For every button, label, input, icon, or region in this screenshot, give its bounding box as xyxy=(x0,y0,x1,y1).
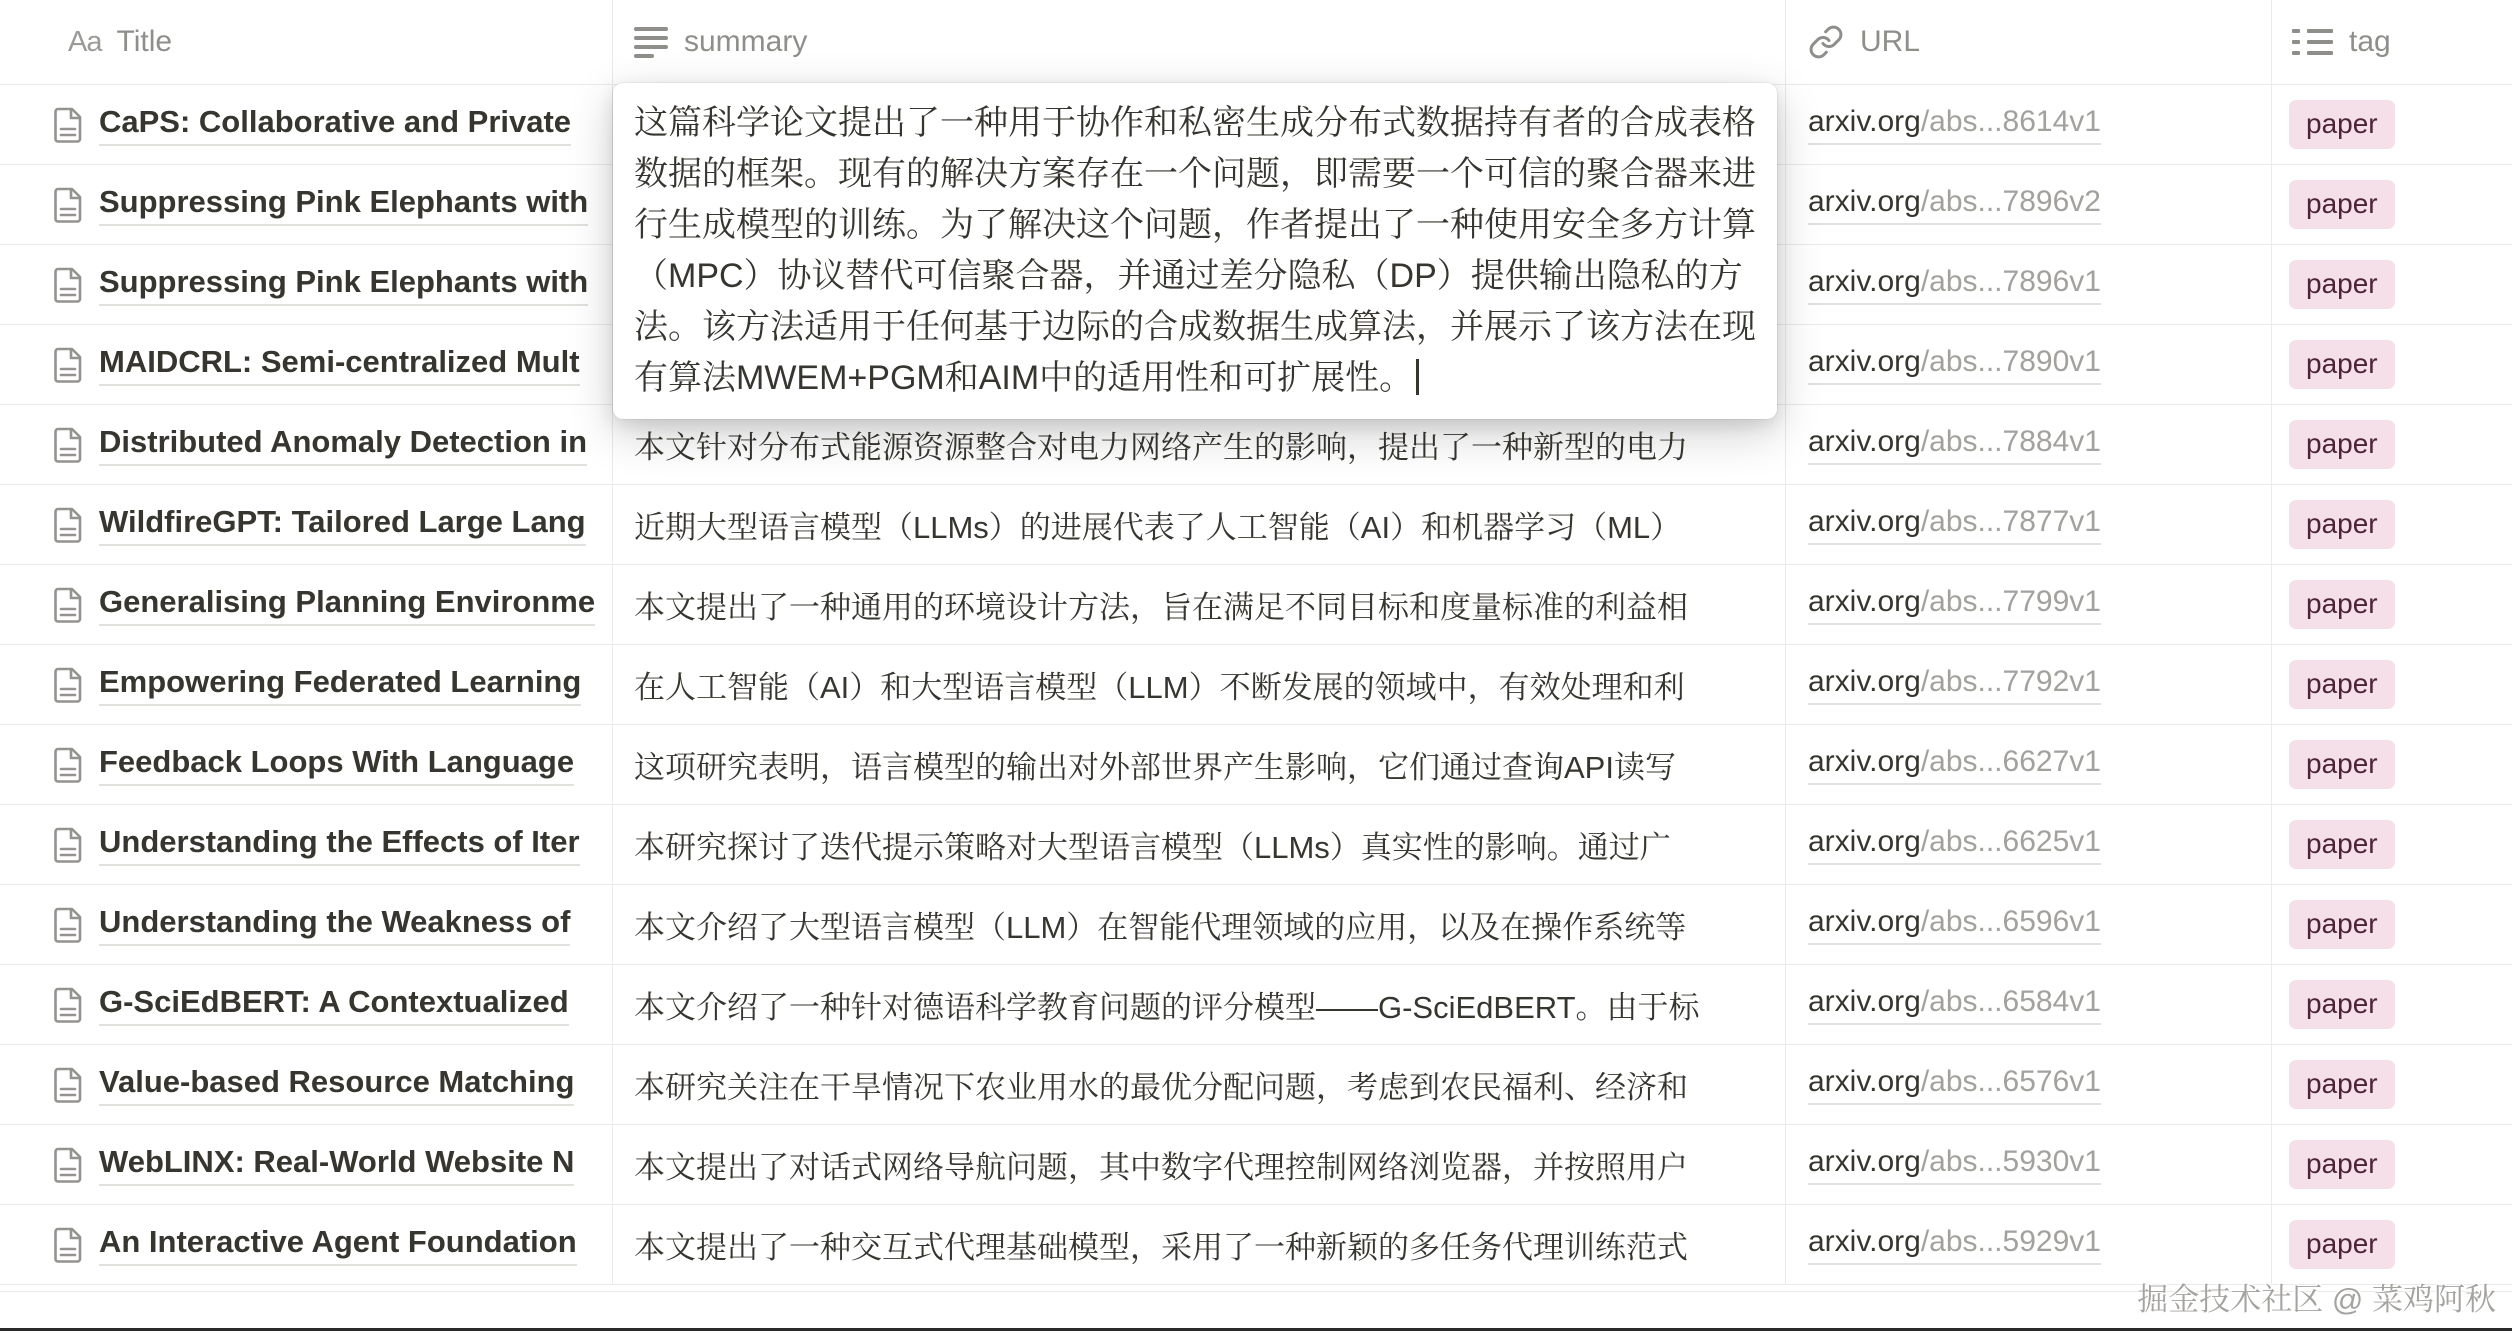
table-bottom-divider xyxy=(0,1291,2512,1292)
tag-cell[interactable]: paper xyxy=(2272,965,2512,1044)
title-cell[interactable]: Value-based Resource Matching xyxy=(0,1045,613,1124)
text-cursor xyxy=(1416,359,1419,395)
title-cell[interactable]: Feedback Loops With Language xyxy=(0,725,613,804)
page-icon xyxy=(52,987,84,1023)
page-title-link[interactable]: MAIDCRL: Semi-centralized Mult xyxy=(99,344,580,386)
summary-cell[interactable]: 本文介绍了一种针对德语科学教育问题的评分模型——G-SciEdBERT。由于标 xyxy=(613,965,1786,1044)
page-title-link[interactable]: CaPS: Collaborative and Private xyxy=(99,104,571,146)
url-cell[interactable]: arxiv.org/abs...8614v1 xyxy=(1786,85,2272,164)
page-icon xyxy=(52,587,84,623)
page-icon xyxy=(52,107,84,143)
title-property-icon: Aa xyxy=(68,26,101,59)
page-title-link[interactable]: Suppressing Pink Elephants with xyxy=(99,264,588,306)
url-link[interactable]: arxiv.org/abs...6584v1 xyxy=(1808,985,2101,1025)
page-title-link[interactable]: Generalising Planning Environme xyxy=(99,584,595,626)
url-link[interactable]: arxiv.org/abs...7877v1 xyxy=(1808,505,2101,545)
url-cell[interactable]: arxiv.org/abs...7896v1 xyxy=(1786,245,2272,324)
url-link[interactable]: arxiv.org/abs...6625v1 xyxy=(1808,825,2101,865)
summary-text: 近期大型语言模型（LLMs）的进展代表了人工智能（AI）和机器学习（ML） xyxy=(634,502,1681,547)
table-row: Empowering Federated Learning 在人工智能（AI）和… xyxy=(0,645,2512,725)
summary-cell[interactable]: 近期大型语言模型（LLMs）的进展代表了人工智能（AI）和机器学习（ML） xyxy=(613,485,1786,564)
tag-cell[interactable]: paper xyxy=(2272,1205,2512,1284)
url-link[interactable]: arxiv.org/abs...5930v1 xyxy=(1808,1145,2101,1185)
summary-text: 本文介绍了大型语言模型（LLM）在智能代理领域的应用，以及在操作系统等 xyxy=(634,902,1686,947)
column-label: tag xyxy=(2349,25,2391,59)
title-cell[interactable]: Generalising Planning Environme xyxy=(0,565,613,644)
url-cell[interactable]: arxiv.org/abs...7896v2 xyxy=(1786,165,2272,244)
url-link[interactable]: arxiv.org/abs...6596v1 xyxy=(1808,905,2101,945)
page-title-link[interactable]: WebLINX: Real-World Website N xyxy=(99,1144,574,1186)
page-icon xyxy=(52,347,84,383)
summary-text: 本文提出了一种交互式代理基础模型，采用了一种新颖的多任务代理训练范式 xyxy=(634,1222,1688,1267)
table-row: An Interactive Agent Foundation 本文提出了一种交… xyxy=(0,1205,2512,1285)
summary-cell[interactable]: 本文提出了一种通用的环境设计方法，旨在满足不同目标和度量标准的利益相 xyxy=(613,565,1786,644)
page-icon xyxy=(52,1227,84,1263)
page-title-link[interactable]: WildfireGPT: Tailored Large Lang xyxy=(99,504,586,546)
page-title-link[interactable]: Value-based Resource Matching xyxy=(99,1064,574,1106)
summary-text: 这项研究表明，语言模型的输出对外部世界产生影响，它们通过查询API读写 xyxy=(634,742,1676,787)
column-label: Title xyxy=(116,25,172,59)
title-cell[interactable]: An Interactive Agent Foundation xyxy=(0,1205,613,1284)
page-icon xyxy=(52,267,84,303)
url-cell[interactable]: arxiv.org/abs...5929v1 xyxy=(1786,1205,2272,1284)
tag-cell[interactable]: paper xyxy=(2272,165,2512,244)
page-icon xyxy=(52,507,84,543)
tag-cell[interactable]: paper xyxy=(2272,325,2512,404)
title-cell[interactable]: WebLINX: Real-World Website N xyxy=(0,1125,613,1204)
popup-summary-text[interactable]: 这篇科学论文提出了一种用于协作和私密生成分布式数据持有者的合成表格数据的框架。现… xyxy=(634,104,1756,397)
url-cell[interactable]: arxiv.org/abs...6596v1 xyxy=(1786,885,2272,964)
tag-pill: paper xyxy=(2289,340,2395,389)
url-cell[interactable]: arxiv.org/abs...7884v1 xyxy=(1786,405,2272,484)
summary-text: 本文提出了对话式网络导航问题，其中数字代理控制网络浏览器，并按照用户 xyxy=(634,1142,1688,1187)
url-cell[interactable]: arxiv.org/abs...7799v1 xyxy=(1786,565,2272,644)
url-cell[interactable]: arxiv.org/abs...6576v1 xyxy=(1786,1045,2272,1124)
table-row: WebLINX: Real-World Website N 本文提出了对话式网络… xyxy=(0,1125,2512,1205)
url-cell[interactable]: arxiv.org/abs...6625v1 xyxy=(1786,805,2272,884)
summary-cell[interactable]: 本文介绍了大型语言模型（LLM）在智能代理领域的应用，以及在操作系统等 xyxy=(613,885,1786,964)
tag-pill: paper xyxy=(2289,980,2395,1029)
column-header-summary[interactable]: summary xyxy=(613,0,1786,84)
tag-cell[interactable]: paper xyxy=(2272,1045,2512,1124)
page-title-link[interactable]: Empowering Federated Learning xyxy=(99,664,581,706)
page-icon xyxy=(52,667,84,703)
url-link[interactable]: arxiv.org/abs...8614v1 xyxy=(1808,105,2101,145)
summary-cell[interactable]: 本文提出了对话式网络导航问题，其中数字代理控制网络浏览器，并按照用户 xyxy=(613,1125,1786,1204)
tag-pill: paper xyxy=(2289,1060,2395,1109)
table-row: WildfireGPT: Tailored Large Lang 近期大型语言模… xyxy=(0,485,2512,565)
page-icon xyxy=(52,187,84,223)
title-cell[interactable]: WildfireGPT: Tailored Large Lang xyxy=(0,485,613,564)
tag-cell[interactable]: paper xyxy=(2272,725,2512,804)
summary-edit-popup[interactable]: 这篇科学论文提出了一种用于协作和私密生成分布式数据持有者的合成表格数据的框架。现… xyxy=(613,83,1777,419)
summary-cell[interactable]: 在人工智能（AI）和大型语言模型（LLM）不断发展的领域中，有效处理和利 xyxy=(613,645,1786,724)
watermark-text: 掘金技术社区 @ 菜鸡阿秋 xyxy=(2137,1274,2496,1319)
tag-pill: paper xyxy=(2289,660,2395,709)
title-cell[interactable]: G-SciEdBERT: A Contextualized xyxy=(0,965,613,1044)
tag-pill: paper xyxy=(2289,900,2395,949)
page-title-link[interactable]: Distributed Anomaly Detection in xyxy=(99,424,587,466)
page-title-link[interactable]: G-SciEdBERT: A Contextualized xyxy=(99,984,569,1026)
page-title-link[interactable]: Understanding the Weakness of xyxy=(99,904,570,946)
summary-text: 本文针对分布式能源资源整合对电力网络产生的影响，提出了一种新型的电力 xyxy=(634,422,1688,467)
tag-cell[interactable]: paper xyxy=(2272,405,2512,484)
url-cell[interactable]: arxiv.org/abs...7792v1 xyxy=(1786,645,2272,724)
page-title-link[interactable]: Understanding the Effects of Iter xyxy=(99,824,580,866)
list-property-icon xyxy=(2292,29,2333,55)
page-icon xyxy=(52,1147,84,1183)
page-title-link[interactable]: Feedback Loops With Language xyxy=(99,744,574,786)
tag-cell[interactable]: paper xyxy=(2272,485,2512,564)
tag-cell[interactable]: paper xyxy=(2272,1125,2512,1204)
column-label: URL xyxy=(1860,25,1920,59)
title-cell[interactable]: Suppressing Pink Elephants with xyxy=(0,245,613,324)
column-header-tag[interactable]: tag xyxy=(2272,0,2512,84)
url-link[interactable]: arxiv.org/abs...7884v1 xyxy=(1808,425,2101,465)
table-row: Understanding the Weakness of 本文介绍了大型语言模… xyxy=(0,885,2512,965)
summary-text: 本研究探讨了迭代提示策略对大型语言模型（LLMs）真实性的影响。通过广 xyxy=(634,822,1671,867)
tag-cell[interactable]: paper xyxy=(2272,245,2512,324)
tag-pill: paper xyxy=(2289,820,2395,869)
tag-cell[interactable]: paper xyxy=(2272,645,2512,724)
url-cell[interactable]: arxiv.org/abs...7890v1 xyxy=(1786,325,2272,404)
tag-pill: paper xyxy=(2289,420,2395,469)
url-cell[interactable]: arxiv.org/abs...6584v1 xyxy=(1786,965,2272,1044)
tag-pill: paper xyxy=(2289,500,2395,549)
tag-cell[interactable]: paper xyxy=(2272,565,2512,644)
bottom-edge-line xyxy=(0,1328,2512,1331)
tag-cell[interactable]: paper xyxy=(2272,885,2512,964)
url-link[interactable]: arxiv.org/abs...7896v1 xyxy=(1808,265,2101,305)
table-row: Generalising Planning Environme 本文提出了一种通… xyxy=(0,565,2512,645)
summary-cell[interactable]: 本文提出了一种交互式代理基础模型，采用了一种新颖的多任务代理训练范式 xyxy=(613,1205,1786,1284)
column-header-url[interactable]: URL xyxy=(1786,0,2272,84)
summary-cell[interactable]: 本研究关注在干旱情况下农业用水的最优分配问题，考虑到农民福利、经济和 xyxy=(613,1045,1786,1124)
tag-cell[interactable]: paper xyxy=(2272,805,2512,884)
summary-text: 在人工智能（AI）和大型语言模型（LLM）不断发展的领域中，有效处理和利 xyxy=(634,662,1685,707)
tag-cell[interactable]: paper xyxy=(2272,85,2512,164)
title-cell[interactable]: Understanding the Weakness of xyxy=(0,885,613,964)
tag-pill: paper xyxy=(2289,580,2395,629)
column-header-title[interactable]: Aa Title xyxy=(0,0,613,84)
summary-text: 本文介绍了一种针对德语科学教育问题的评分模型——G-SciEdBERT。由于标 xyxy=(634,982,1700,1027)
url-link[interactable]: arxiv.org/abs...6627v1 xyxy=(1808,745,2101,785)
tag-pill: paper xyxy=(2289,1220,2395,1269)
tag-pill: paper xyxy=(2289,740,2395,789)
url-link[interactable]: arxiv.org/abs...5929v1 xyxy=(1808,1225,2101,1265)
url-link[interactable]: arxiv.org/abs...7792v1 xyxy=(1808,665,2101,705)
page-icon xyxy=(52,827,84,863)
title-cell[interactable]: Suppressing Pink Elephants with xyxy=(0,165,613,244)
url-cell[interactable]: arxiv.org/abs...5930v1 xyxy=(1786,1125,2272,1204)
page-icon xyxy=(52,427,84,463)
summary-text: 本研究关注在干旱情况下农业用水的最优分配问题，考虑到农民福利、经济和 xyxy=(634,1062,1688,1107)
text-property-icon xyxy=(634,27,668,58)
table-row: G-SciEdBERT: A Contextualized 本文介绍了一种针对德… xyxy=(0,965,2512,1045)
summary-cell[interactable]: 这项研究表明，语言模型的输出对外部世界产生影响，它们通过查询API读写 xyxy=(613,725,1786,804)
tag-pill: paper xyxy=(2289,100,2395,149)
tag-pill: paper xyxy=(2289,1140,2395,1189)
tag-pill: paper xyxy=(2289,260,2395,309)
link-property-icon xyxy=(1808,24,1844,60)
title-cell[interactable]: Distributed Anomaly Detection in xyxy=(0,405,613,484)
page-title-link[interactable]: Suppressing Pink Elephants with xyxy=(99,184,588,226)
page-icon xyxy=(52,907,84,943)
title-cell[interactable]: Empowering Federated Learning xyxy=(0,645,613,724)
page-icon xyxy=(52,1067,84,1103)
tag-pill: paper xyxy=(2289,180,2395,229)
title-cell[interactable]: CaPS: Collaborative and Private xyxy=(0,85,613,164)
url-link[interactable]: arxiv.org/abs...7890v1 xyxy=(1808,345,2101,385)
summary-cell[interactable]: 本研究探讨了迭代提示策略对大型语言模型（LLMs）真实性的影响。通过广 xyxy=(613,805,1786,884)
url-link[interactable]: arxiv.org/abs...7896v2 xyxy=(1808,185,2101,225)
title-cell[interactable]: Understanding the Effects of Iter xyxy=(0,805,613,884)
table-header: Aa Title summary URL tag xyxy=(0,0,2512,85)
title-cell[interactable]: MAIDCRL: Semi-centralized Mult xyxy=(0,325,613,404)
table-row: Feedback Loops With Language 这项研究表明，语言模型… xyxy=(0,725,2512,805)
table-row: Understanding the Effects of Iter 本研究探讨了… xyxy=(0,805,2512,885)
url-link[interactable]: arxiv.org/abs...7799v1 xyxy=(1808,585,2101,625)
url-cell[interactable]: arxiv.org/abs...7877v1 xyxy=(1786,485,2272,564)
table-row: Value-based Resource Matching 本研究关注在干旱情况… xyxy=(0,1045,2512,1125)
summary-text: 本文提出了一种通用的环境设计方法，旨在满足不同目标和度量标准的利益相 xyxy=(634,582,1688,627)
column-label: summary xyxy=(684,25,807,59)
url-link[interactable]: arxiv.org/abs...6576v1 xyxy=(1808,1065,2101,1105)
page-title-link[interactable]: An Interactive Agent Foundation xyxy=(99,1224,577,1266)
url-cell[interactable]: arxiv.org/abs...6627v1 xyxy=(1786,725,2272,804)
page-icon xyxy=(52,747,84,783)
